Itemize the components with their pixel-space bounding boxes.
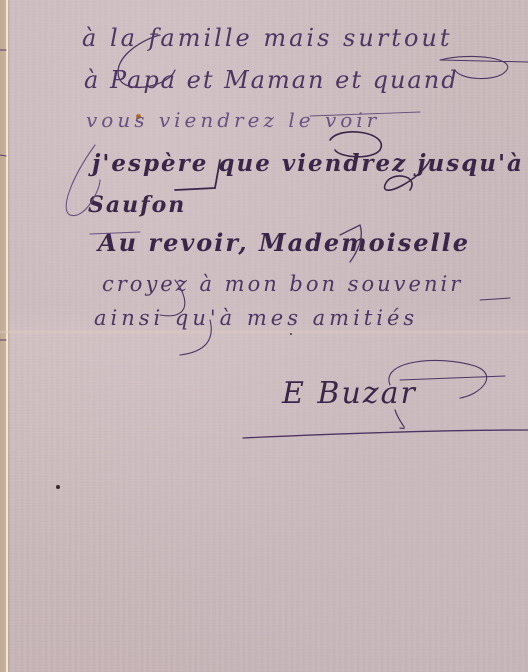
letter-line-2: à Papa et Maman et quand bbox=[84, 66, 459, 94]
paper-fold-line bbox=[0, 330, 528, 334]
letter-line-1: à la famille mais surtout bbox=[82, 24, 453, 52]
letter-line-4: j'espère que viendrez jusqu'à bbox=[92, 150, 524, 177]
signature: E Buzar bbox=[282, 376, 417, 411]
pen-flourishes bbox=[0, 0, 528, 672]
ink-spot bbox=[56, 485, 60, 489]
letter-page: à la famille mais surtout à Papa et Mama… bbox=[0, 0, 528, 672]
letter-line-3: vous viendrez le voir bbox=[86, 108, 380, 132]
letter-line-5: Saufon bbox=[88, 192, 186, 218]
letter-line-6: Au revoir, Mademoiselle bbox=[98, 228, 470, 257]
page-edge bbox=[6, 0, 8, 672]
letter-line-8: ainsi qu'à mes amitiés bbox=[94, 306, 418, 330]
letter-line-7: croyez à mon bon souvenir bbox=[102, 272, 463, 296]
ink-spot bbox=[290, 333, 292, 335]
